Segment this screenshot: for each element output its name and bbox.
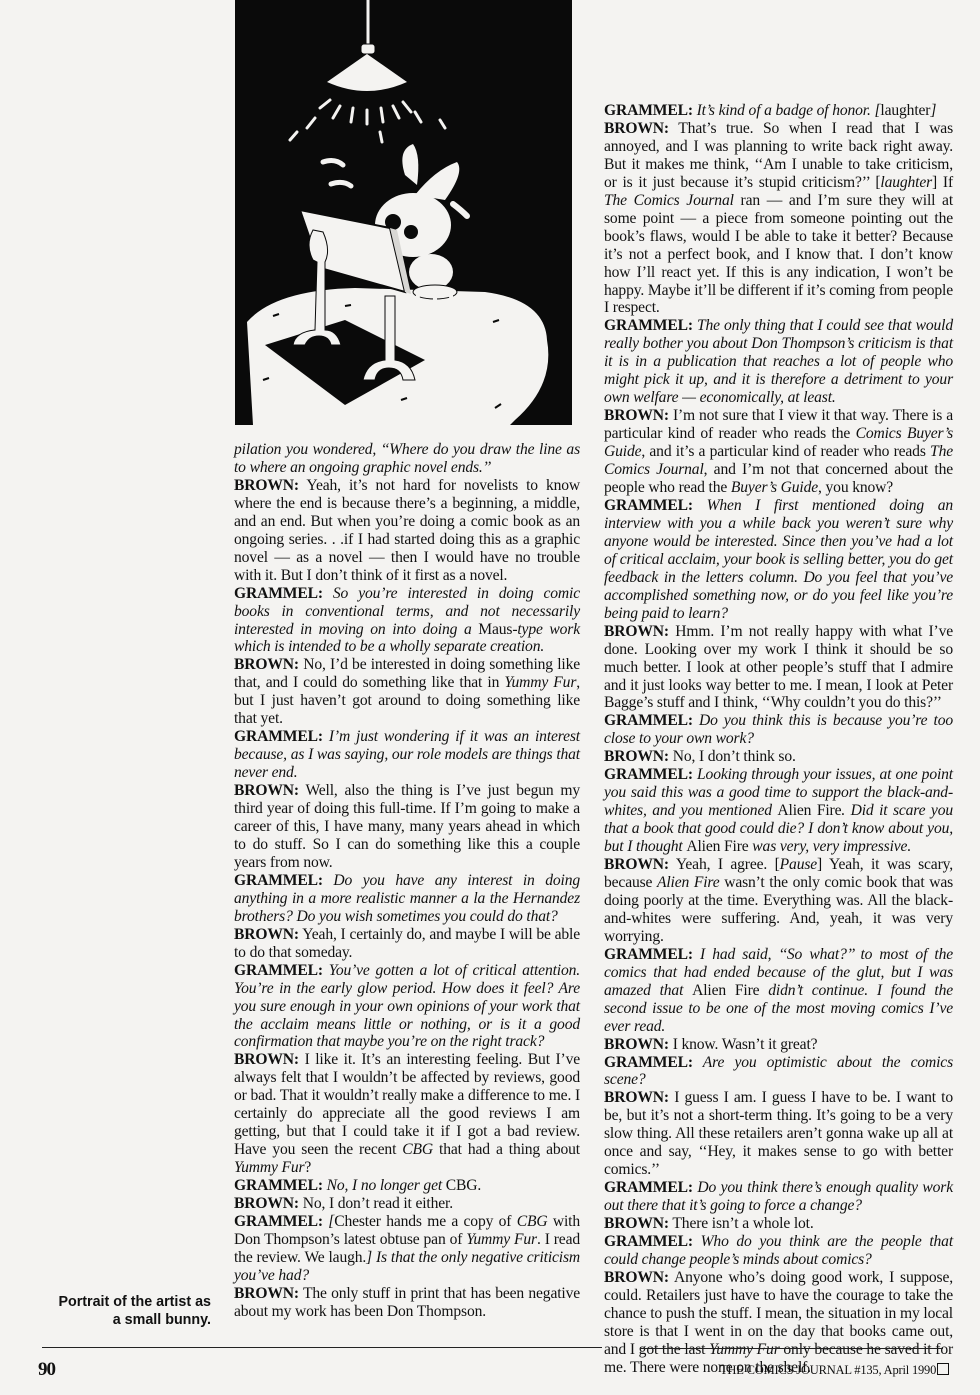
speaker-label: GRAMMEL: <box>604 1179 693 1196</box>
speaker-label: BROWN: <box>604 407 669 424</box>
illustration-caption: Portrait of the artist as a small bunny. <box>20 1293 211 1329</box>
footer-rule-left <box>42 1347 602 1348</box>
speaker-label: BROWN: <box>604 1036 669 1053</box>
body-text: ] If <box>932 174 953 191</box>
interview-paragraph: GRAMMEL: No, I no longer get CBG. <box>234 1177 580 1195</box>
speaker-label: BROWN: <box>604 623 669 640</box>
interview-paragraph: GRAMMEL: [Chester hands me a copy of CBG… <box>234 1213 580 1285</box>
bunny-drawing-illustration <box>235 0 572 425</box>
speaker-label: GRAMMEL: <box>234 728 323 745</box>
interview-paragraph: BROWN: I know. Wasn’t it great? <box>604 1036 953 1054</box>
body-text: There isn’t a whole lot. <box>669 1215 814 1232</box>
body-text: No, I don’t think so. <box>669 748 796 765</box>
speaker-label: BROWN: <box>234 926 299 943</box>
interview-paragraph: GRAMMEL: So you’re interested in doing c… <box>234 585 580 657</box>
interview-paragraph: GRAMMEL: Are you optimistic about the co… <box>604 1054 953 1090</box>
body-text: Maus <box>478 621 512 638</box>
italic-text: pilation you wondered, ‘‘Where do you dr… <box>234 441 580 476</box>
interview-paragraph: GRAMMEL: The only thing that I could see… <box>604 317 953 407</box>
interview-paragraph: BROWN: I guess I am. I guess I have to b… <box>604 1089 953 1179</box>
interview-paragraph: BROWN: Well, also the thing is I’ve just… <box>234 782 580 872</box>
interview-paragraph: GRAMMEL: Who do you think are the people… <box>604 1233 953 1269</box>
interview-paragraph: BROWN: Yeah, I agree. [Pause] Yeah, it w… <box>604 856 953 946</box>
speaker-label: BROWN: <box>234 656 299 673</box>
interview-paragraph: BROWN: No, I’d be interested in doing so… <box>234 656 580 728</box>
italic-text: ] <box>930 102 936 119</box>
speaker-label: GRAMMEL: <box>234 1213 323 1230</box>
speaker-label: BROWN: <box>234 1195 299 1212</box>
interview-paragraph: BROWN: Hmm. I’m not really happy with wh… <box>604 623 953 713</box>
interview-paragraph: GRAMMEL: I’m just wondering if it was an… <box>234 728 580 782</box>
left-text-column: pilation you wondered, ‘‘Where do you dr… <box>234 441 580 1321</box>
speaker-label: GRAMMEL: <box>604 946 693 963</box>
end-of-article-square-icon <box>937 1363 949 1375</box>
interview-paragraph: GRAMMEL: When I first mentioned doing an… <box>604 497 953 623</box>
speaker-label: GRAMMEL: <box>604 1233 693 1250</box>
italic-text: Yummy Fur <box>234 1159 304 1176</box>
italic-text: CBG <box>402 1141 433 1158</box>
speaker-label: BROWN: <box>604 1089 669 1106</box>
italic-text: CBG <box>517 1213 548 1230</box>
interview-paragraph: BROWN: No, I don’t think so. <box>604 748 953 766</box>
speaker-label: GRAMMEL: <box>234 962 323 979</box>
italic-text: Yummy Fur <box>709 1341 779 1358</box>
speaker-label: GRAMMEL: <box>604 1054 693 1071</box>
speaker-label: BROWN: <box>604 1215 669 1232</box>
body-text: , you know? <box>818 479 893 496</box>
body-text: Alien Fire <box>777 802 841 819</box>
interview-paragraph: BROWN: There isn’t a whole lot. <box>604 1215 953 1233</box>
interview-paragraph: GRAMMEL: Do you think this is because yo… <box>604 712 953 748</box>
italic-text: It’s kind of a badge of honor. [ <box>693 102 881 119</box>
caption-line-1: Portrait of the artist as <box>20 1293 211 1311</box>
italic-text: Alien Fire <box>657 874 720 891</box>
speaker-label: GRAMMEL: <box>234 1177 323 1194</box>
speaker-label: GRAMMEL: <box>604 317 693 334</box>
italic-text: The Comics Journal <box>604 192 734 209</box>
interview-paragraph: GRAMMEL: Do you think there’s enough qua… <box>604 1179 953 1215</box>
interview-paragraph: BROWN: No, I don’t read it either. <box>234 1195 580 1213</box>
speaker-label: GRAMMEL: <box>234 585 323 602</box>
caption-line-2: a small bunny. <box>20 1311 211 1329</box>
interview-paragraph: BROWN: I like it. It’s an interesting fe… <box>234 1051 580 1177</box>
body-text: Alien Fire <box>686 838 748 855</box>
speaker-label: BROWN: <box>234 1051 299 1068</box>
interview-paragraph: BROWN: I’m not sure that I view it that … <box>604 407 953 497</box>
italic-text: Buyer’s Guide <box>731 479 818 496</box>
speaker-label: BROWN: <box>234 1285 299 1302</box>
body-text: that had a thing about <box>433 1141 580 1158</box>
speaker-label: BROWN: <box>604 748 669 765</box>
body-text: CBG. <box>446 1177 481 1194</box>
speaker-label: GRAMMEL: <box>604 497 693 514</box>
interview-paragraph: BROWN: Yeah, I certainly do, and maybe I… <box>234 926 580 962</box>
running-footer: THE COMICS JOURNAL #135, April 1990 <box>720 1363 936 1378</box>
speaker-label: GRAMMEL: <box>604 766 693 783</box>
italic-text: Yummy Fur <box>504 674 576 691</box>
interview-paragraph: GRAMMEL: Looking through your issues, at… <box>604 766 953 856</box>
speaker-label: GRAMMEL: <box>604 712 693 729</box>
interview-paragraph: GRAMMEL: It’s kind of a badge of honor. … <box>604 102 953 120</box>
right-text-column: GRAMMEL: It’s kind of a badge of honor. … <box>604 102 953 1377</box>
interview-paragraph: BROWN: Yeah, it’s not hard for novelists… <box>234 477 580 585</box>
footer-rule-right <box>640 1348 943 1349</box>
body-text: , and it’s a particular kind of reader w… <box>641 443 930 460</box>
italic-text: No, I no longer get <box>323 1177 446 1194</box>
page-number: 90 <box>38 1359 55 1381</box>
body-text: Alien Fire <box>692 982 759 999</box>
body-text: I know. Wasn’t it great? <box>669 1036 817 1053</box>
body-text: Yeah, I agree. [ <box>669 856 780 873</box>
speaker-label: BROWN: <box>234 782 299 799</box>
body-text: ran — and I’m sure they will at some poi… <box>604 192 953 317</box>
interview-paragraph: GRAMMEL: You’ve gotten a lot of critical… <box>234 962 580 1052</box>
speaker-label: BROWN: <box>604 856 669 873</box>
speaker-label: BROWN: <box>604 1269 669 1286</box>
italic-text: When I first mentioned doing an intervie… <box>604 497 953 622</box>
interview-paragraph: BROWN: Anyone who’s doing good work, I s… <box>604 1269 953 1377</box>
interview-paragraph: BROWN: That’s true. So when I read that … <box>604 120 953 317</box>
bunny-drawing-icon <box>235 0 572 425</box>
body-text: laughter <box>880 102 930 119</box>
speaker-label: GRAMMEL: <box>234 872 323 889</box>
italic-text: laughter <box>880 174 932 191</box>
speaker-label: BROWN: <box>234 477 299 494</box>
speaker-label: GRAMMEL: <box>604 102 693 119</box>
interview-paragraph: GRAMMEL: Do you have any interest in doi… <box>234 872 580 926</box>
italic-text: Pause <box>780 856 817 873</box>
interview-paragraph: GRAMMEL: I had said, ‘‘So what?’’ to mos… <box>604 946 953 1036</box>
body-text: No, I don’t read it either. <box>299 1195 453 1212</box>
italic-text: Yummy Fur <box>466 1231 537 1248</box>
body-text: ? <box>304 1159 311 1176</box>
italic-text: [ <box>323 1213 334 1230</box>
speaker-label: BROWN: <box>604 120 669 137</box>
interview-paragraph: BROWN: The only stuff in print that has … <box>234 1285 580 1321</box>
interview-paragraph: pilation you wondered, ‘‘Where do you dr… <box>234 441 580 477</box>
italic-text: was very, very impressive. <box>749 838 912 855</box>
body-text: Chester hands me a copy of <box>334 1213 517 1230</box>
